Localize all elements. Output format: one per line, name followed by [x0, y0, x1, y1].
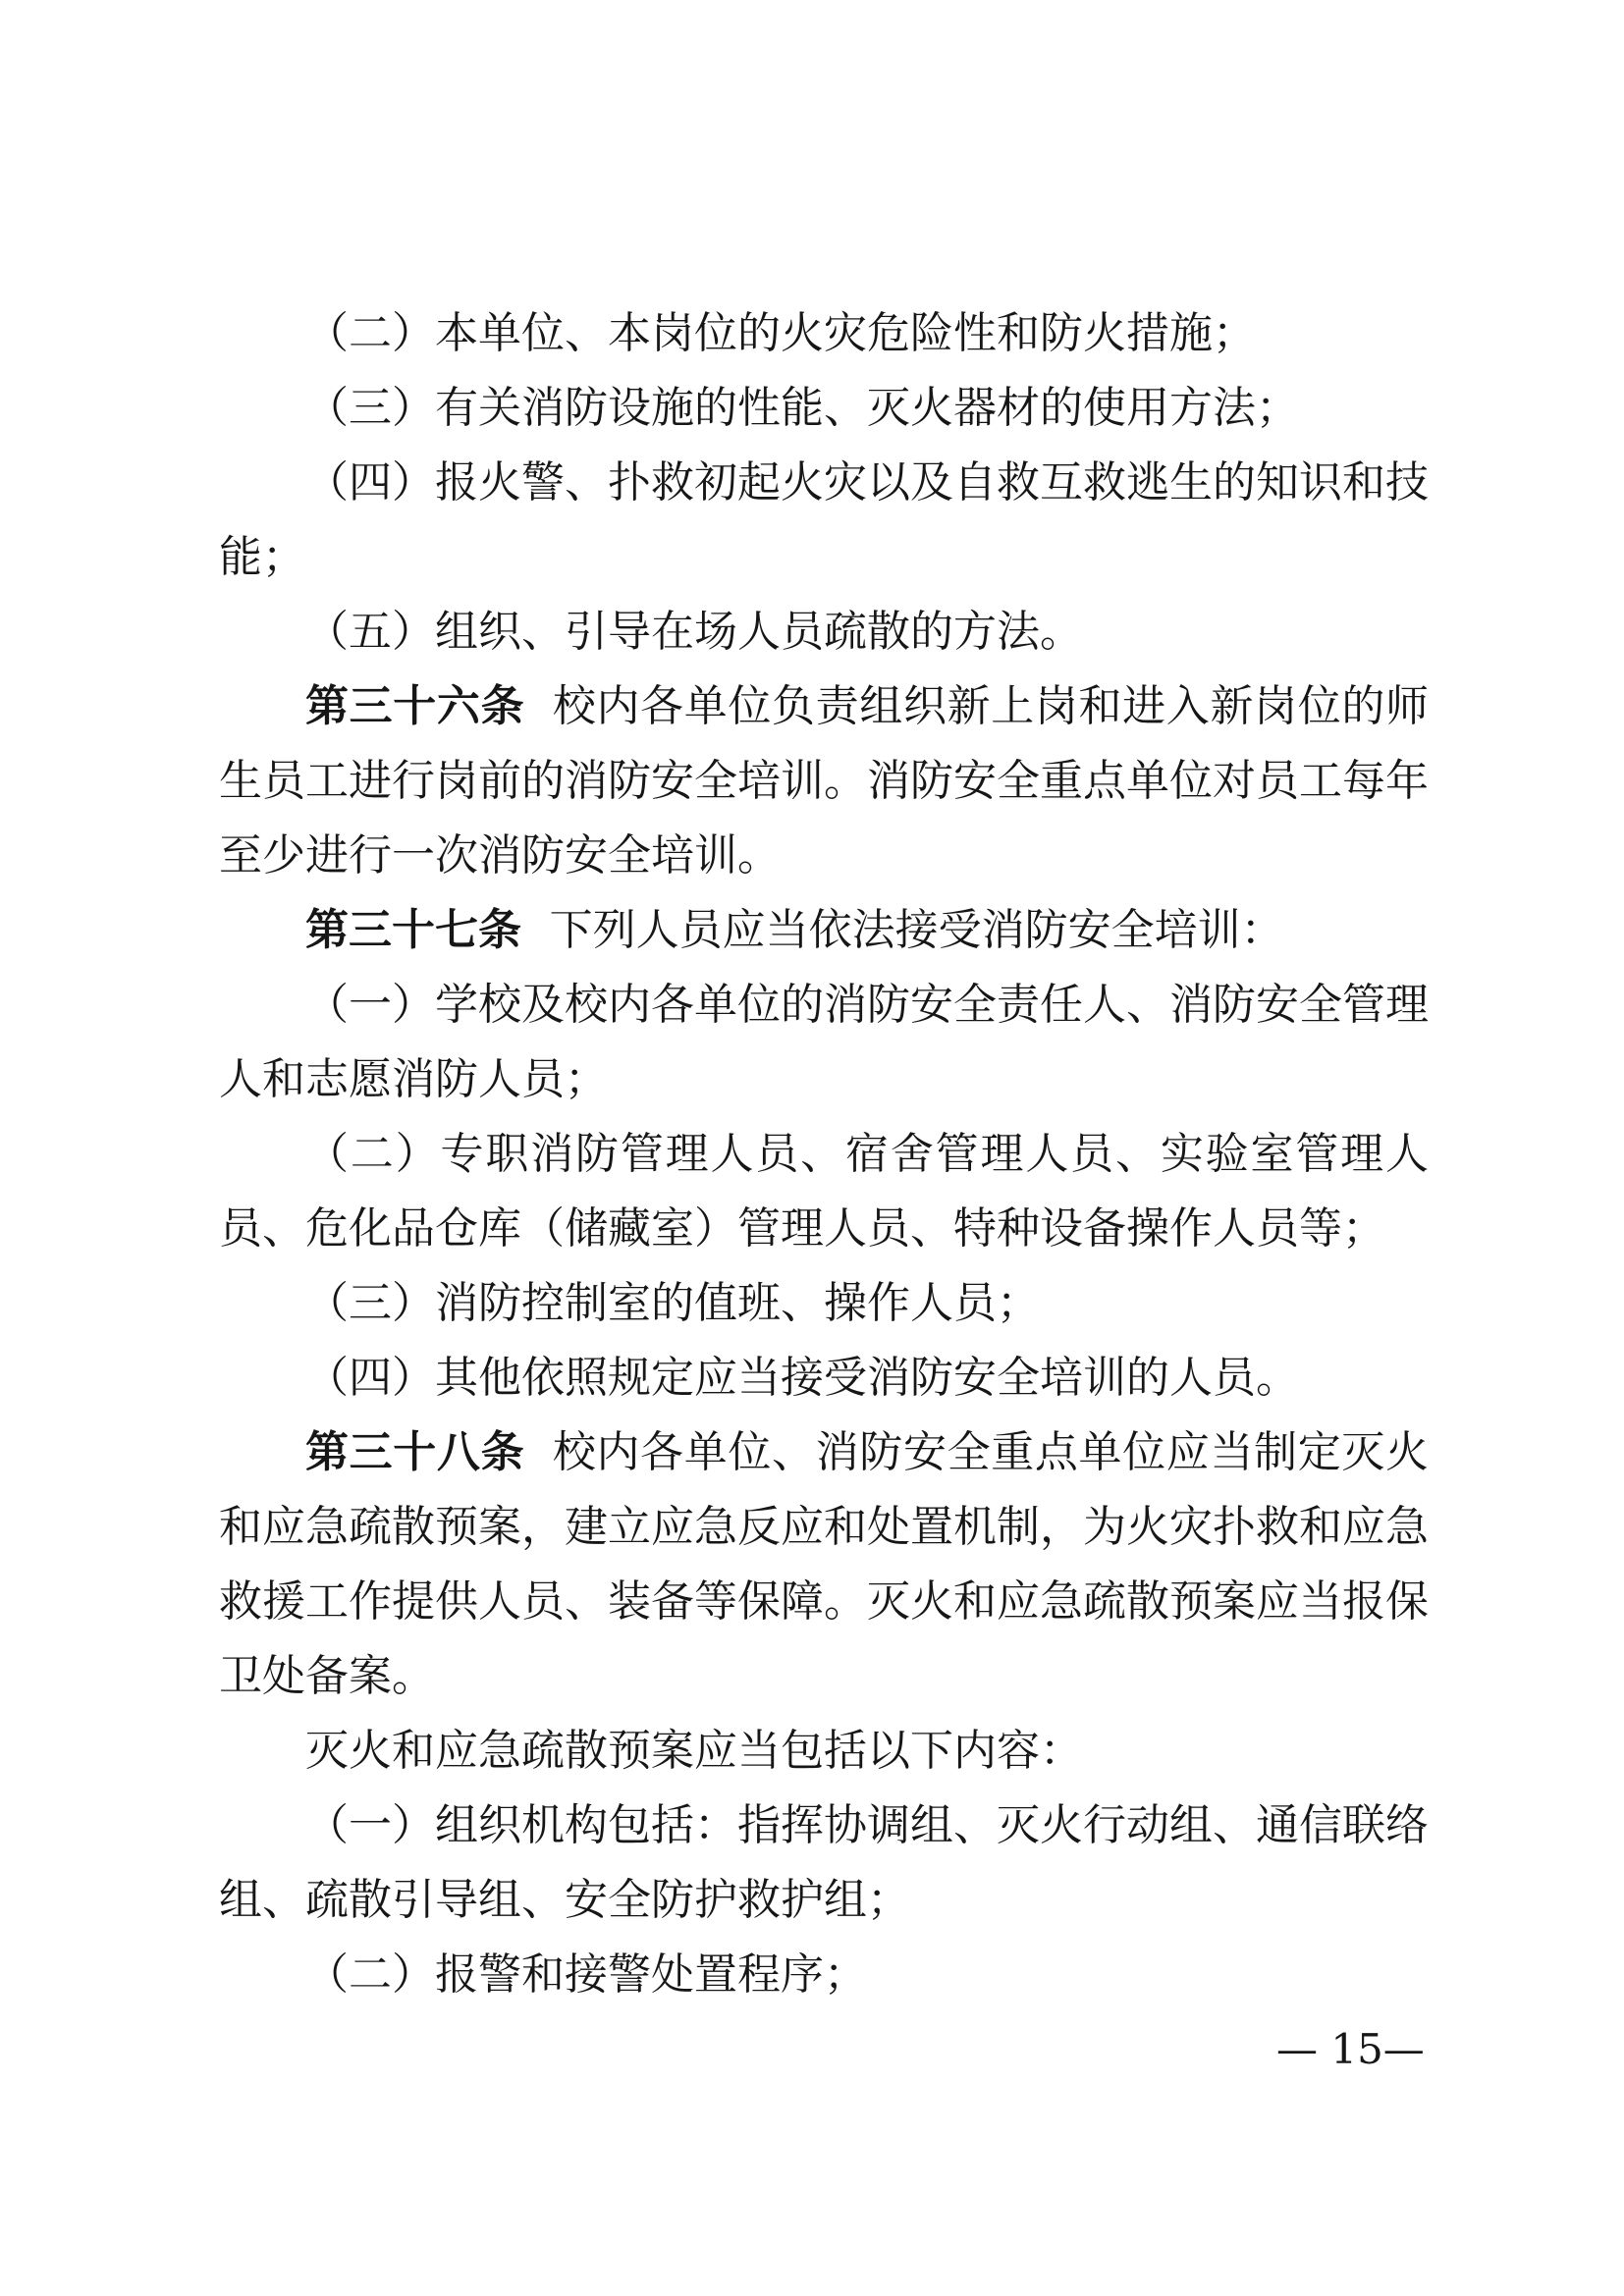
article-38-item-1: （一）组织机构包括：指挥协调组、灭火行动组、通信联络组、疏散引导组、安全防护救护…: [219, 1789, 1429, 1938]
article-37-item-2: （二）专职消防管理人员、宿舍管理人员、实验室管理人员、危化品仓库（储藏室）管理人…: [219, 1117, 1429, 1266]
list-item-5: （五）组织、引导在场人员疏散的方法。: [219, 595, 1429, 669]
article-37-text: 下列人员应当依法接受消防安全培训：: [550, 905, 1284, 955]
list-item-2: （二）本单位、本岗位的火灾危险性和防火措施；: [219, 296, 1429, 371]
list-item-4: （四）报火警、扑救初起火灾以及自救互救逃生的知识和技能；: [219, 446, 1429, 595]
article-38-number-label: 第三十八条: [305, 1427, 524, 1477]
document-page: （二）本单位、本岗位的火灾危险性和防火措施； （三）有关消防设施的性能、灭火器材…: [0, 0, 1624, 2296]
article-38-item-2: （二）报警和接警处置程序；: [219, 1938, 1429, 2012]
page-number: — 15—: [1276, 2024, 1425, 2075]
article-36-paragraph: 第三十六条校内各单位负责组织新上岗和进入新岗位的师生员工进行岗前的消防安全培训。…: [219, 669, 1429, 893]
article-37-item-1: （一）学校及校内各单位的消防安全责任人、消防安全管理人和志愿消防人员；: [219, 968, 1429, 1117]
list-item-3: （三）有关消防设施的性能、灭火器材的使用方法；: [219, 371, 1429, 446]
article-37-item-4: （四）其他依照规定应当接受消防安全培训的人员。: [219, 1341, 1429, 1415]
article-38-intro-paragraph: 灭火和应急疏散预案应当包括以下内容：: [219, 1714, 1429, 1789]
document-body: （二）本单位、本岗位的火灾危险性和防火措施； （三）有关消防设施的性能、灭火器材…: [219, 296, 1429, 2012]
article-36-number-label: 第三十六条: [305, 681, 524, 731]
article-37-number-label: 第三十七条: [305, 905, 521, 955]
article-38-paragraph: 第三十八条校内各单位、消防安全重点单位应当制定灭火和应急疏散预案，建立应急反应和…: [219, 1415, 1429, 1714]
article-37-paragraph: 第三十七条下列人员应当依法接受消防安全培训：: [219, 893, 1429, 968]
article-37-item-3: （三）消防控制室的值班、操作人员；: [219, 1266, 1429, 1341]
